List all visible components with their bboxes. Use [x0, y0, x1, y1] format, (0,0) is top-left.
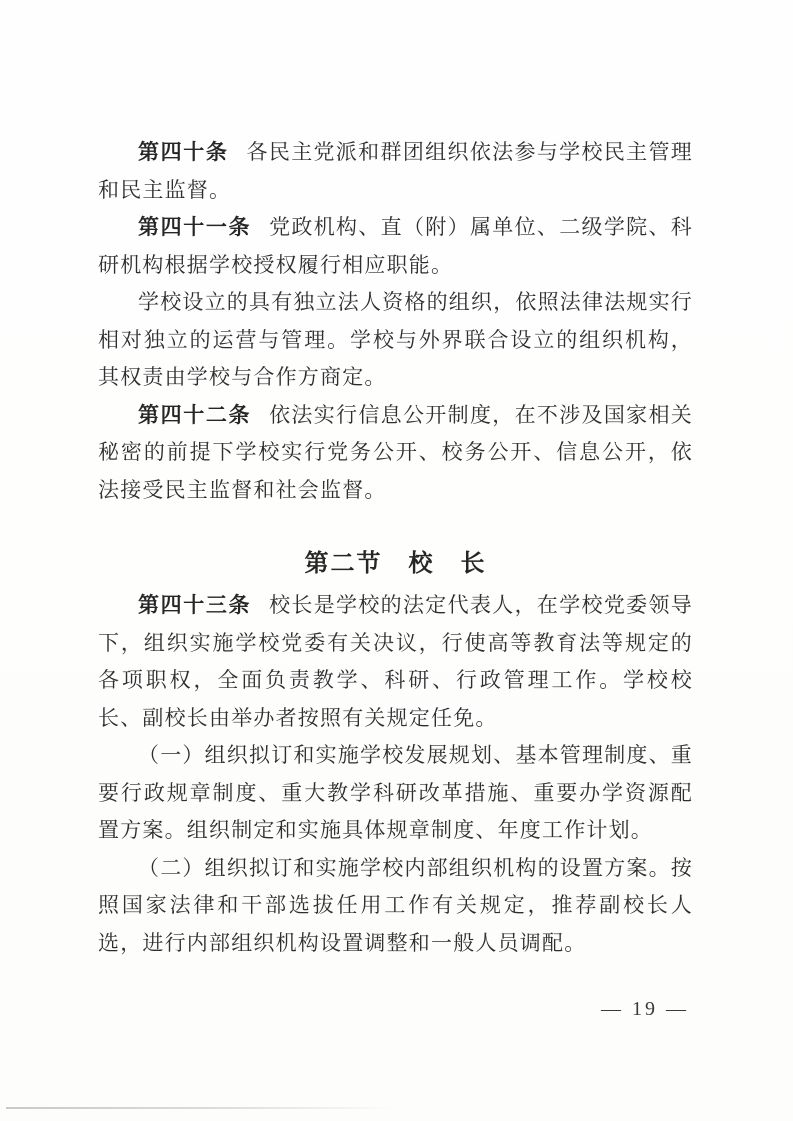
item-1-text: （一）组织拟订和实施学校发展规划、基本管理制度、重要行政规章制度、重大教学科研改… — [98, 743, 693, 842]
paragraph-article-41: 第四十一条党政机构、直（附）属单位、二级学院、科研机构根据学校授权履行相应职能。 — [98, 209, 693, 284]
paragraph-article-43: 第四十三条校长是学校的法定代表人，在学校党委领导下，组织实施学校党委有关决议，行… — [98, 587, 693, 737]
paragraph-item-2: （二）组织拟订和实施学校内部组织机构的设置方案。按照国家法律和干部选拔任用工作有… — [98, 850, 693, 963]
document-page: 第四十条各民主党派和群团组织依法参与学校民主管理和民主监督。 第四十一条党政机构… — [0, 0, 793, 1121]
article-42-number: 第四十二条 — [138, 404, 251, 427]
section-heading-principal: 第二节 校 长 — [98, 549, 693, 579]
paragraph-article-40: 第四十条各民主党派和群团组织依法参与学校民主管理和民主监督。 — [98, 134, 693, 209]
paragraph-item-1: （一）组织拟订和实施学校发展规划、基本管理制度、重要行政规章制度、重大教学科研改… — [98, 737, 693, 850]
article-40-number: 第四十条 — [138, 141, 229, 164]
paragraph-article-42: 第四十二条依法实行信息公开制度，在不涉及国家相关秘密的前提下学校实行党务公开、校… — [98, 397, 693, 510]
article-43-number: 第四十三条 — [138, 594, 251, 617]
paragraph-independent-org: 学校设立的具有独立法人资格的组织，依照法律法规实行相对独立的运营与管理。学校与外… — [98, 284, 693, 397]
independent-org-text: 学校设立的具有独立法人资格的组织，依照法律法规实行相对独立的运营与管理。学校与外… — [98, 290, 693, 389]
scan-artifact-line — [6, 1107, 396, 1109]
document-content: 第四十条各民主党派和群团组织依法参与学校民主管理和民主监督。 第四十一条党政机构… — [98, 134, 693, 962]
item-2-text: （二）组织拟订和实施学校内部组织机构的设置方案。按照国家法律和干部选拔任用工作有… — [98, 856, 693, 955]
page-number: — 19 — — [601, 998, 689, 1021]
article-41-number: 第四十一条 — [138, 216, 251, 239]
